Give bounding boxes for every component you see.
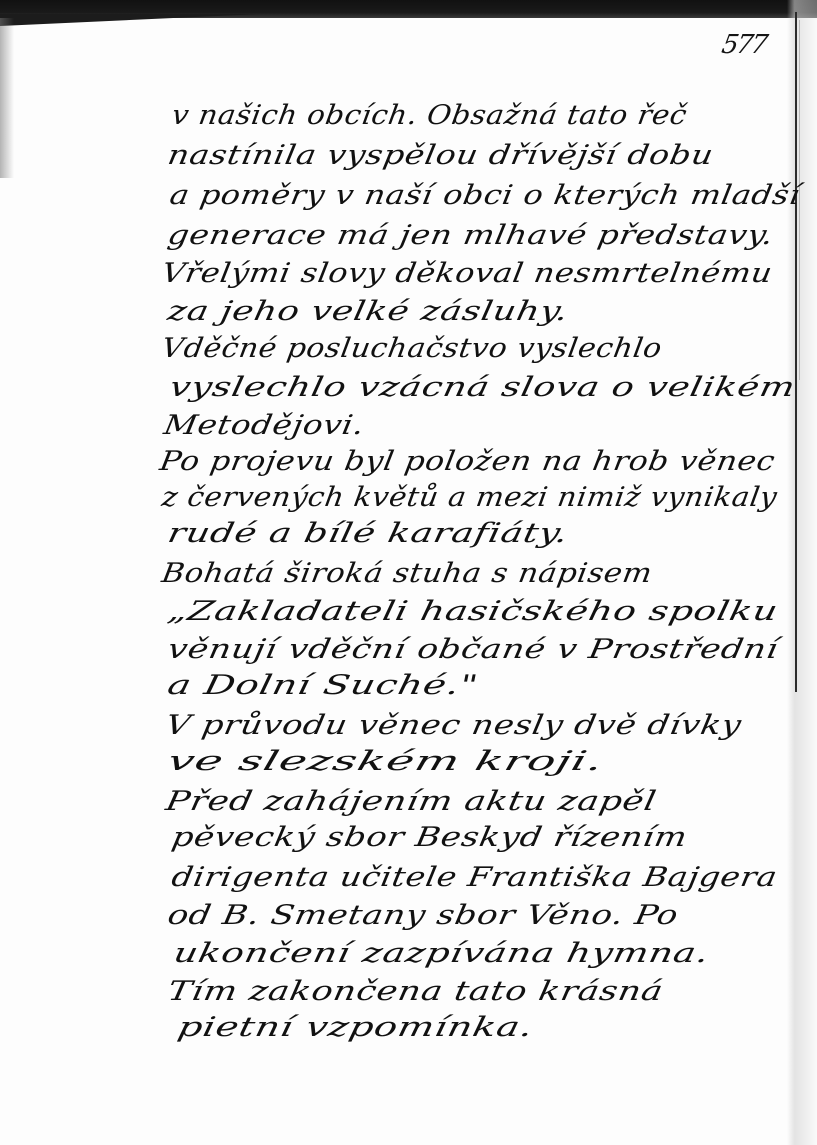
scan-left-shadow	[0, 18, 14, 178]
scanned-page: 577 v našich obcích. Obsažná tato řečnas…	[0, 0, 817, 1145]
handwritten-line: vyslechlo vzácná slova o velikém	[167, 372, 798, 403]
page-number: 577	[719, 30, 768, 60]
handwritten-line: nastínila vyspělou dřívější dobu	[165, 140, 716, 171]
handwritten-line: a Dolní Suché."	[165, 670, 481, 701]
handwritten-line: za jeho velké zásluhy.	[165, 296, 571, 327]
handwritten-line: Bohatá široká stuha s nápisem	[160, 558, 655, 589]
handwritten-line: rudé a bílé karafiáty.	[165, 518, 571, 549]
handwritten-line: dirigenta učitele Františka Bajgera	[169, 862, 779, 893]
handwritten-line: „Zakladateli hasičského spolku	[165, 596, 781, 627]
handwritten-line: pěvecký sbor Beskyd řízením	[169, 822, 690, 853]
handwritten-line: Vděčné posluchačstvo vyslechlo	[160, 333, 665, 364]
handwritten-line: V průvodu věnec nesly dvě dívky	[163, 710, 744, 741]
handwritten-line: od B. Smetany sbor Věno. Po	[165, 900, 681, 931]
page-edge-rule	[795, 12, 797, 692]
handwritten-line: Před zahájením aktu zapěl	[163, 786, 659, 817]
handwritten-line: generace má jen mlhavé představy.	[165, 220, 775, 251]
handwritten-line: Po projevu byl položen na hrob věnec	[157, 446, 777, 477]
handwritten-line: z červených květů a mezi nimiž vynikaly	[160, 482, 780, 513]
handwritten-line: v našich obcích. Obsažná tato řeč	[170, 100, 690, 131]
handwritten-line: Tím zakončena tato krásná	[165, 976, 666, 1007]
handwritten-line: ukončení zazpívána hymna.	[171, 938, 712, 969]
handwritten-line: pietní vzpomínka.	[175, 1012, 536, 1043]
scan-top-shadow-wedge	[0, 14, 260, 26]
scan-right-margin	[787, 0, 817, 1145]
handwritten-line: věnují vděční občané v Prostřední	[165, 634, 781, 665]
handwritten-line: ve slezském kroji.	[164, 746, 606, 777]
handwritten-line: Vřelými slovy děkoval nesmrtelnému	[159, 258, 774, 289]
handwritten-line: Metodějovi.	[161, 410, 366, 441]
handwritten-line: a poměry v naší obci o kterých mladší	[167, 180, 802, 211]
